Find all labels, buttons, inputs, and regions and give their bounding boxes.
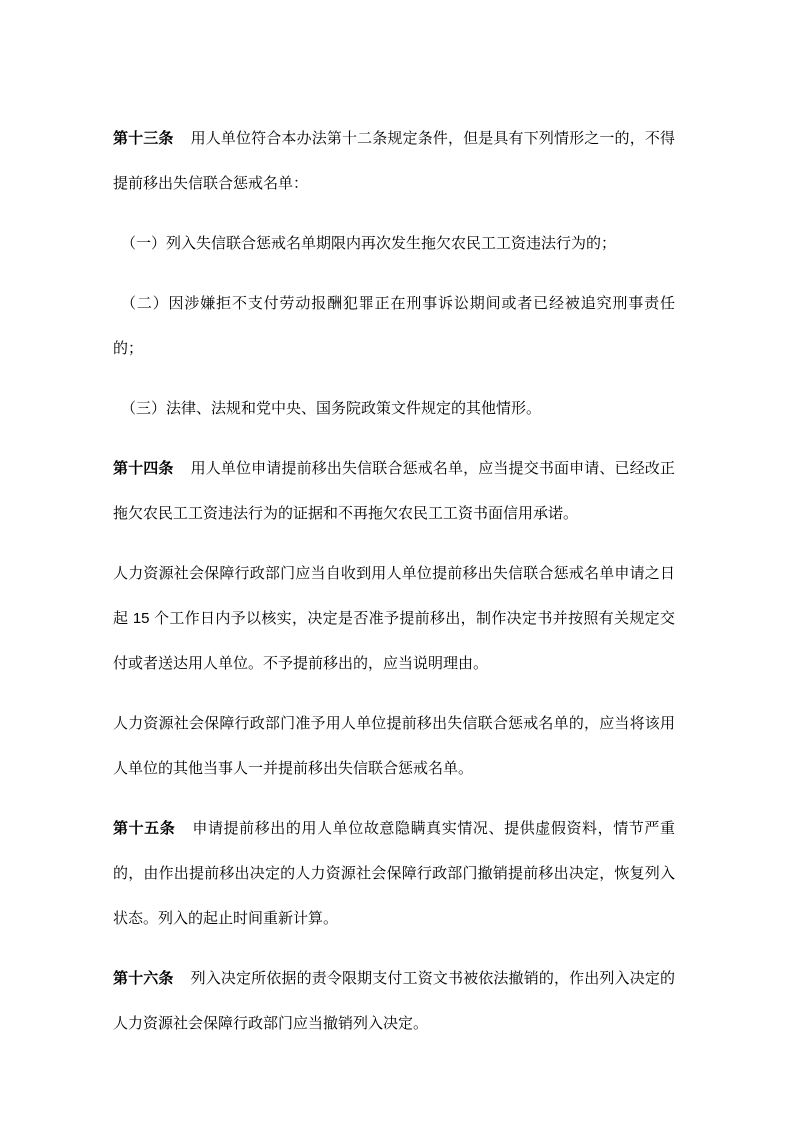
clause-item-2-text: （二）因涉嫌拒不支付劳动报酬犯罪正在刑事诉讼期间或者已经被追究刑事责任的； [113,295,675,357]
article-14-number: 第十四条 [113,460,174,477]
article-14-paragraph-3: 人力资源社会保障行政部门准予用人单位提前移出失信联合惩戒名单的，应当将该用人单位… [113,701,675,791]
article-13-paragraph: 第十三条用人单位符合本办法第十二条规定条件，但是具有下列情形之一的，不得提前移出… [113,116,675,206]
clause-item-3: （三）法律、法规和党中央、国务院政策文件规定的其他情形。 [113,386,675,431]
clause-item-1-text: （一）列入失信联合惩戒名单期限内再次发生拖欠农民工工资违法行为的； [121,235,616,252]
article-16-number: 第十六条 [113,970,174,987]
document-page: 第十三条用人单位符合本办法第十二条规定条件，但是具有下列情形之一的，不得提前移出… [0,0,793,1122]
article-13-number: 第十三条 [113,130,174,147]
article-14-paragraph: 第十四条用人单位申请提前移出失信联合惩戒名单，应当提交书面申请、已经改正拖欠农民… [113,446,675,536]
article-14-text: 用人单位申请提前移出失信联合惩戒名单，应当提交书面申请、已经改正拖欠农民工工资违… [113,460,675,522]
article-16-text: 列入决定所依据的责令限期支付工资文书被依法撤销的，作出列入决定的人力资源社会保障… [113,970,675,1032]
clause-item-2: （二）因涉嫌拒不支付劳动报酬犯罪正在刑事诉讼期间或者已经被追究刑事责任的； [113,281,675,371]
article-16-paragraph: 第十六条列入决定所依据的责令限期支付工资文书被依法撤销的，作出列入决定的人力资源… [113,956,675,1046]
article-15-text: 申请提前移出的用人单位故意隐瞒真实情况、提供虚假资料，情节严重的，由作出提前移出… [113,820,675,927]
article-15-paragraph: 第十五条申请提前移出的用人单位故意隐瞒真实情况、提供虚假资料，情节严重的，由作出… [113,806,675,941]
article-14-paragraph-2: 人力资源社会保障行政部门应当自收到用人单位提前移出失信联合惩戒名单申请之日起 1… [113,551,675,686]
article-14-paragraph-3-text: 人力资源社会保障行政部门准予用人单位提前移出失信联合惩戒名单的，应当将该用人单位… [113,715,675,777]
clause-item-1: （一）列入失信联合惩戒名单期限内再次发生拖欠农民工工资违法行为的； [113,221,675,266]
clause-item-3-text: （三）法律、法规和党中央、国务院政策文件规定的其他情形。 [121,400,541,417]
article-15-number: 第十五条 [113,820,175,837]
article-14-paragraph-2-text: 人力资源社会保障行政部门应当自收到用人单位提前移出失信联合惩戒名单申请之日起 1… [113,565,675,672]
article-13-text: 用人单位符合本办法第十二条规定条件，但是具有下列情形之一的，不得提前移出失信联合… [113,130,675,192]
